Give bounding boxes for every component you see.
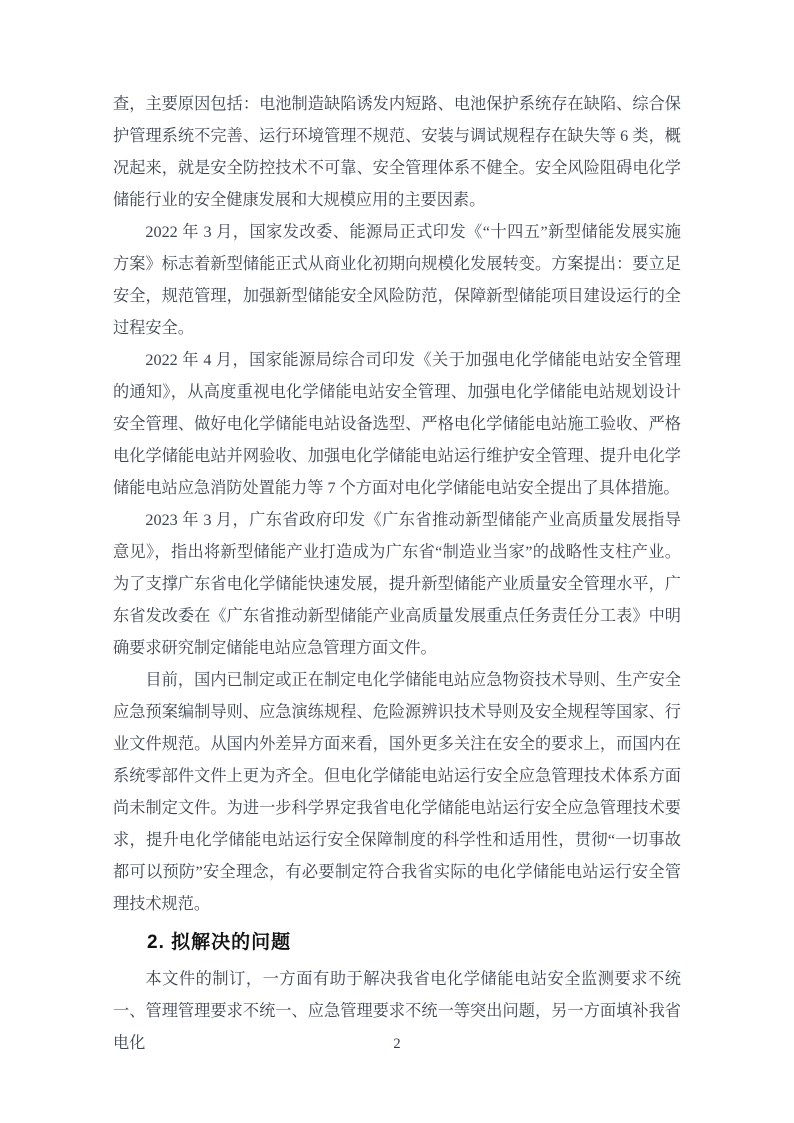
body-paragraph: 2022 年 3 月，国家发改委、能源局正式印发《“十四五”新型储能发展实施方案… [113,216,681,344]
document-body: 查，主要原因包括：电池制造缺陷诱发内短路、电池保护系统存在缺陷、综合保护管理系统… [113,88,681,1059]
section-heading: 2. 拟解决的问题 [113,927,681,958]
body-paragraph: 查，主要原因包括：电池制造缺陷诱发内短路、电池保护系统存在缺陷、综合保护管理系统… [113,88,681,216]
body-paragraph: 2023 年 3 月，广东省政府印发《广东省推动新型储能产业高质量发展指导意见》… [113,504,681,664]
page-number: 2 [393,1036,400,1052]
body-paragraph: 目前，国内已制定或正在制定电化学储能电站应急物资技术导则、生产安全应急预案编制导… [113,664,681,920]
body-paragraph: 2022 年 4 月，国家能源局综合司印发《关于加强电化学储能电站安全管理的通知… [113,344,681,504]
page-footer: 2 [0,1036,794,1053]
document-page: 查，主要原因包括：电池制造缺陷诱发内短路、电池保护系统存在缺陷、综合保护管理系统… [0,0,794,1123]
